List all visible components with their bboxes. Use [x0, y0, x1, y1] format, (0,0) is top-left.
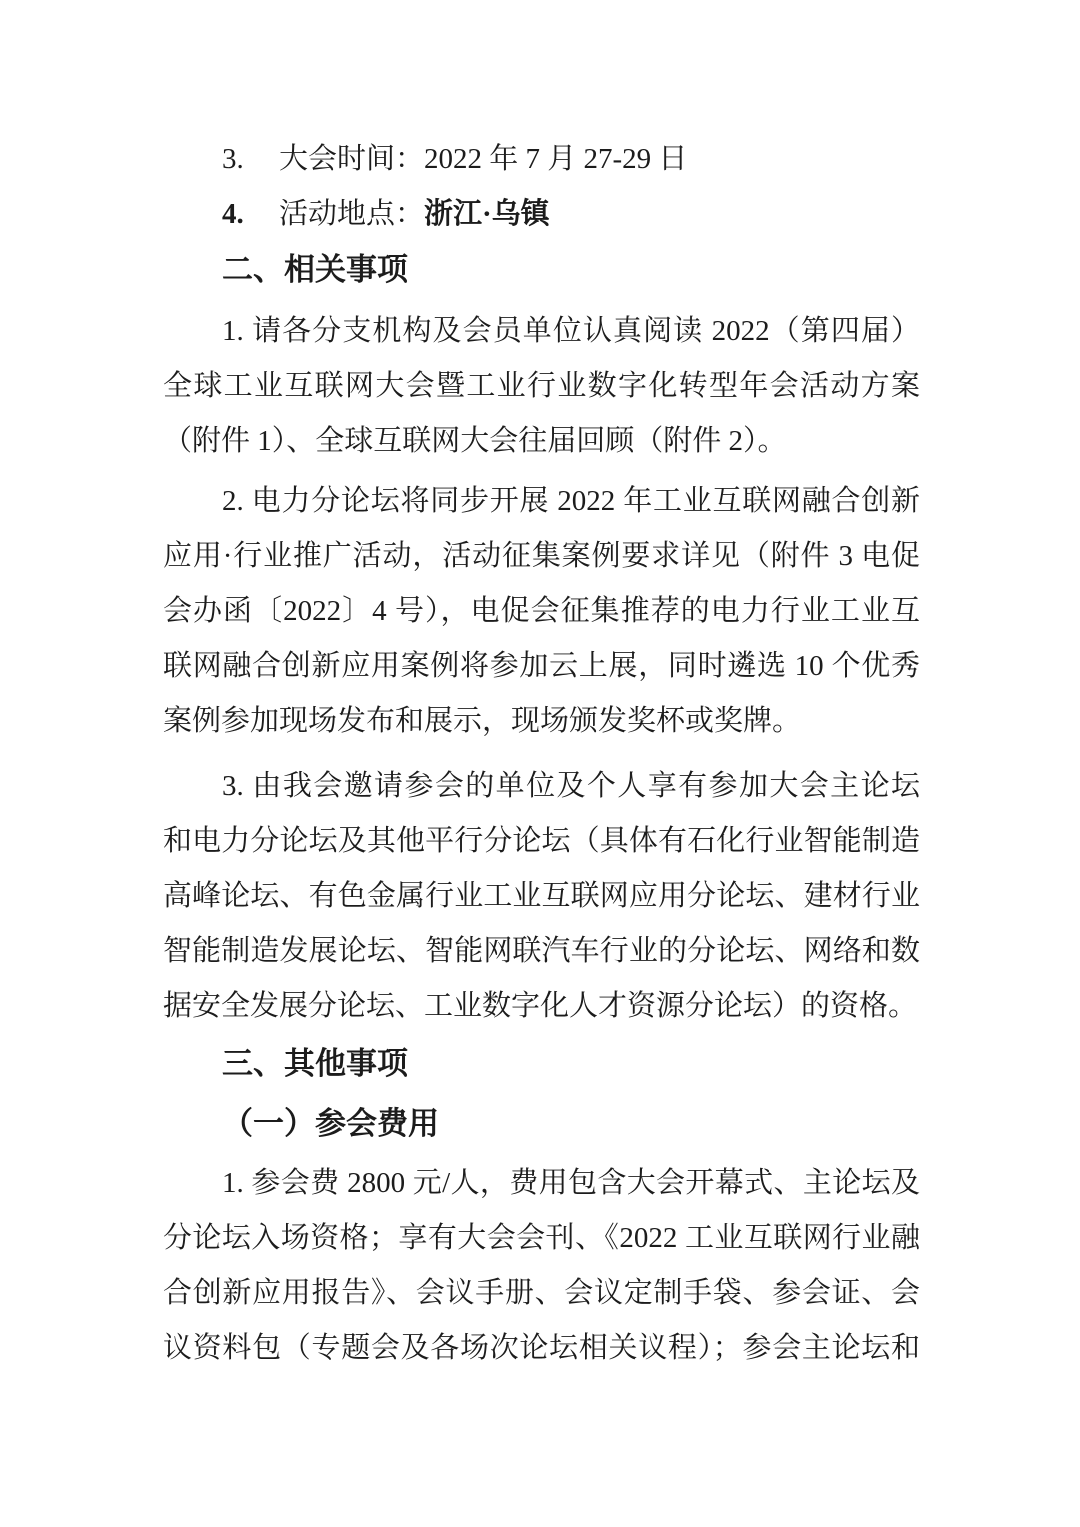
paragraph-line: （附件 1）、全球互联网大会往届回顾（附件 2）。 [163, 414, 920, 469]
paragraph: 1. 参会费 2800 元/人，费用包含大会开幕式、主论坛及 分论坛入场资格；享… [163, 1156, 920, 1376]
paragraph-line: 应用·行业推广活动，活动征集案例要求详见（附件 3 电促 [163, 529, 920, 584]
list-item-value: 浙江·乌镇 [424, 198, 550, 230]
paragraph-line: 据安全发展分论坛、工业数字化人才资源分论坛）的资格。 [163, 979, 920, 1034]
document-content: 3.大会时间：2022 年 7 月 27-29 日 4.活动地点：浙江·乌镇 二… [163, 132, 920, 1376]
list-item-label: 大会时间： [279, 143, 424, 175]
paragraph-line: 案例参加现场发布和展示，现场颁发奖杯或奖牌。 [163, 694, 920, 749]
paragraph-line: 全球工业互联网大会暨工业行业数字化转型年会活动方案 [163, 359, 920, 414]
paragraph: 2. 电力分论坛将同步开展 2022 年工业互联网融合创新 应用·行业推广活动，… [163, 474, 920, 749]
paragraph-line: 会办函〔2022〕4 号），电促会征集推荐的电力行业工业互 [163, 584, 920, 639]
list-item-conference-time: 3.大会时间：2022 年 7 月 27-29 日 [163, 132, 920, 187]
paragraph-line: 高峰论坛、有色金属行业工业互联网应用分论坛、建材行业 [163, 869, 920, 924]
paragraph-line: 议资料包（专题会及各场次论坛相关议程）；参会主论坛和 [163, 1321, 920, 1376]
subsection-heading-participation-fee: （一）参会费用 [163, 1096, 920, 1151]
section-heading-other-matters: 三、其他事项 [163, 1036, 920, 1091]
paragraph: 1. 请各分支机构及会员单位认真阅读 2022（第四届） 全球工业互联网大会暨工… [163, 304, 920, 469]
paragraph-line: 3. 由我会邀请参会的单位及个人享有参加大会主论坛 [163, 759, 920, 814]
paragraph-line: 2. 电力分论坛将同步开展 2022 年工业互联网融合创新 [163, 474, 920, 529]
paragraph-line: 智能制造发展论坛、智能网联汽车行业的分论坛、网络和数 [163, 924, 920, 979]
section-heading-related-matters: 二、相关事项 [163, 242, 920, 297]
list-item-label: 活动地点： [279, 198, 424, 230]
paragraph-line: 1. 请各分支机构及会员单位认真阅读 2022（第四届） [163, 304, 920, 359]
paragraph-line: 和电力分论坛及其他平行分论坛（具体有石化行业智能制造 [163, 814, 920, 869]
list-item-number: 3. [222, 132, 279, 187]
list-item-value: 2022 年 7 月 27-29 日 [424, 143, 687, 175]
paragraph-line: 1. 参会费 2800 元/人，费用包含大会开幕式、主论坛及 [163, 1156, 920, 1211]
paragraph-line: 分论坛入场资格；享有大会会刊、《2022 工业互联网行业融 [163, 1211, 920, 1266]
list-item-venue: 4.活动地点：浙江·乌镇 [163, 187, 920, 242]
paragraph-line: 合创新应用报告》、会议手册、会议定制手袋、参会证、会 [163, 1266, 920, 1321]
paragraph: 3. 由我会邀请参会的单位及个人享有参加大会主论坛 和电力分论坛及其他平行分论坛… [163, 759, 920, 1034]
paragraph-line: 联网融合创新应用案例将参加云上展，同时遴选 10 个优秀 [163, 639, 920, 694]
document-page: 3.大会时间：2022 年 7 月 27-29 日 4.活动地点：浙江·乌镇 二… [0, 0, 1080, 1527]
list-item-number: 4. [222, 187, 279, 242]
